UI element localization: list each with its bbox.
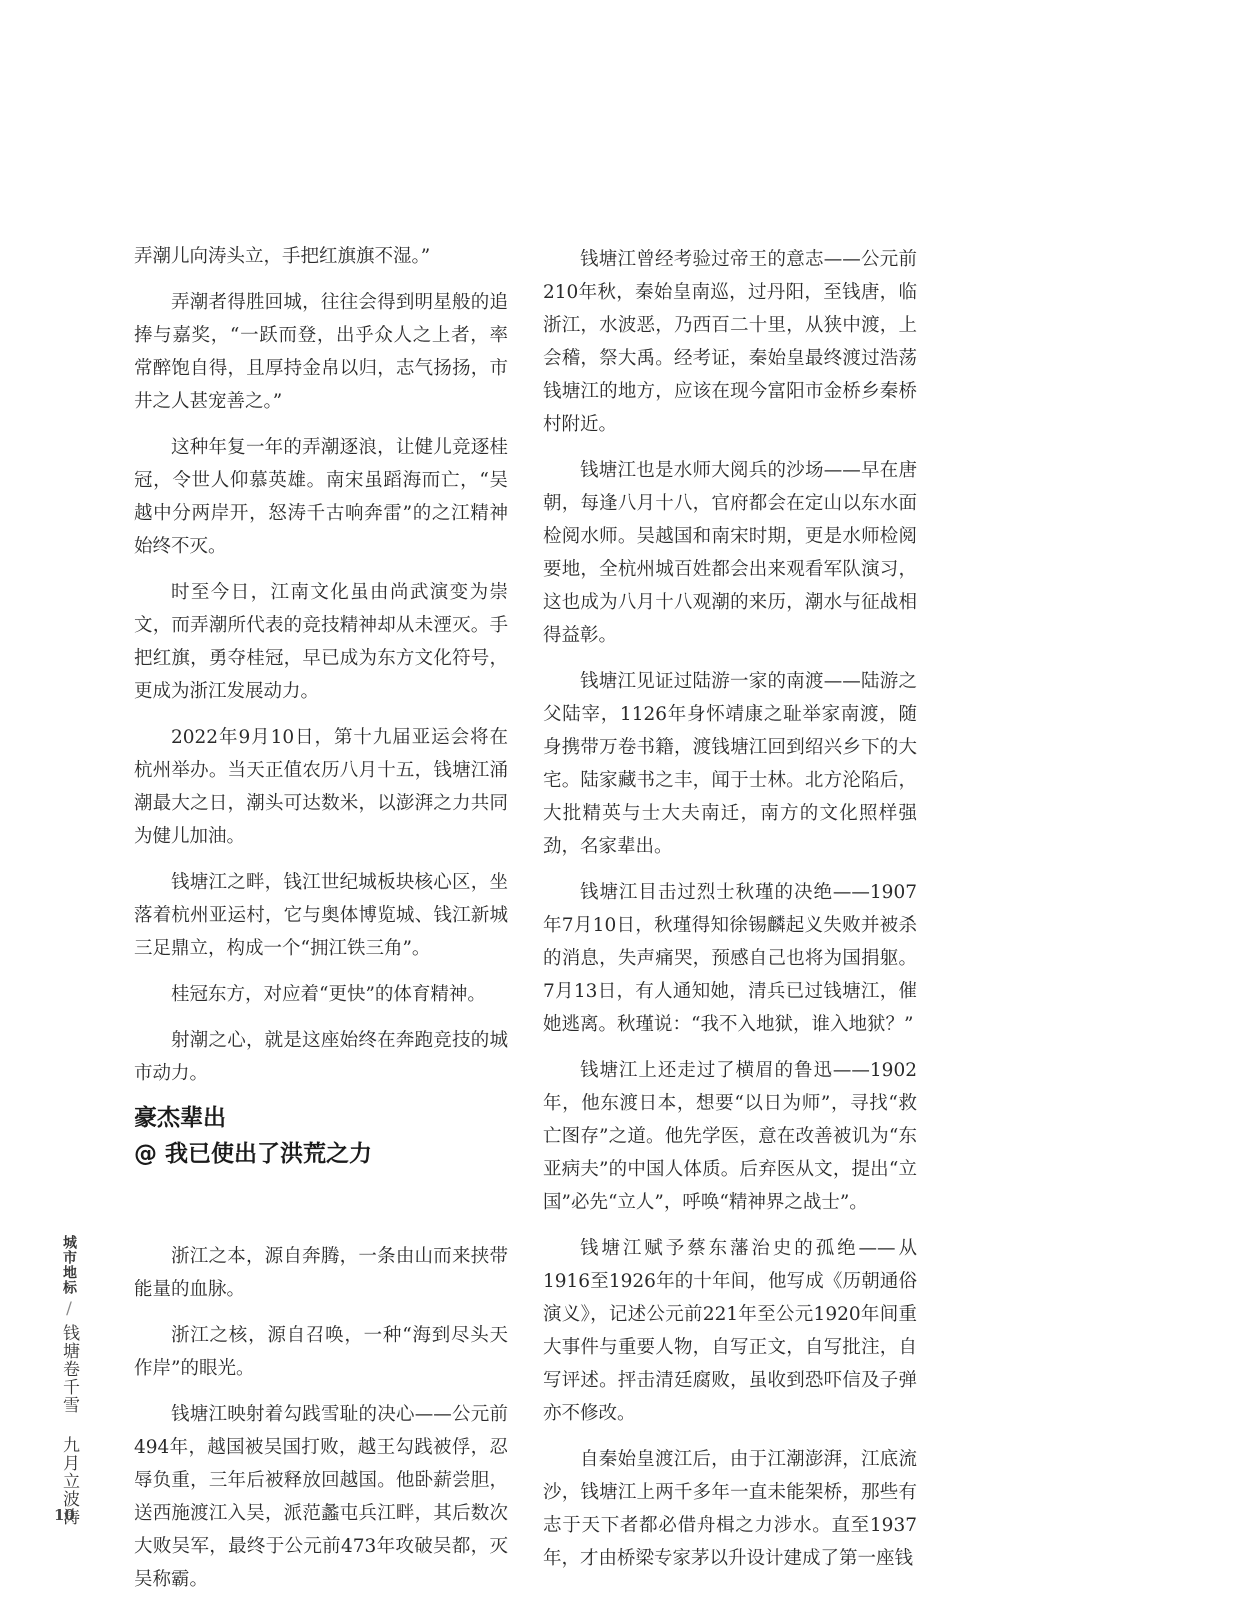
section-heading-title: 豪杰辈出 (134, 1100, 514, 1136)
section-heading-subtitle: @ 我已使出了洪荒之力 (134, 1136, 514, 1172)
paragraph: 浙江之本，源自奔腾，一条由山而来挟带能量的血脉。 (134, 1240, 508, 1306)
paragraph: 钱塘江之畔，钱江世纪城板块核心区，坐落着杭州亚运村，它与奥体博览城、钱江新城三足… (134, 866, 508, 965)
paragraph: 钱塘江映射着勾践雪耻的决心——公元前494年，越国被吴国打败，越王勾践被俘，忍辱… (134, 1398, 508, 1596)
page-number: 10 (54, 1506, 75, 1524)
separator: / (59, 1299, 79, 1320)
right-column: 钱塘江曾经考验过帝王的意志——公元前210年秋，秦始皇南巡，过丹阳，至钱唐，临浙… (543, 243, 917, 1588)
paragraph: 钱塘江赋予蔡东藩治史的孤绝——从1916至1926年的十年间，他写成《历朝通俗演… (543, 1232, 917, 1430)
paragraph: 射潮之心，就是这座始终在奔跑竞技的城市动力。 (134, 1024, 508, 1090)
paragraph: 钱塘江目击过烈士秋瑾的决绝——1907年7月10日，秋瑾得知徐锡麟起义失败并被杀… (543, 876, 917, 1041)
paragraph: 浙江之核，源自召唤，一种“海到尽头天作岸”的眼光。 (134, 1319, 508, 1385)
paragraph: 钱塘江也是水师大阅兵的沙场——早在唐朝，每逢八月十八，官府都会在定山以东水面检阅… (543, 454, 917, 652)
paragraph: 这种年复一年的弄潮逐浪，让健儿竞逐桂冠，令世人仰慕英雄。南宋虽蹈海而亡，“吴越中… (134, 431, 508, 563)
section-category: 城市地标 (61, 1235, 77, 1295)
paragraph: 时至今日，江南文化虽由尚武演变为崇文，而弄潮所代表的竞技精神却从未湮灭。手把红旗… (134, 576, 508, 708)
paragraph: 自秦始皇渡江后，由于江潮澎湃，江底流沙，钱塘江上两千多年一直未能架桥，那些有志于… (543, 1443, 917, 1575)
section-heading: 豪杰辈出 @ 我已使出了洪荒之力 (134, 1100, 514, 1172)
left-column: 弄潮儿向涛头立，手把红旗旗不湿。” 弄潮者得胜回城，往往会得到明星般的追捧与嘉奖… (134, 240, 508, 1103)
left-lower-column: 浙江之本，源自奔腾，一条由山而来挟带能量的血脉。 浙江之核，源自召唤，一种“海到… (134, 1240, 508, 1609)
paragraph: 弄潮儿向涛头立，手把红旗旗不湿。” (134, 240, 508, 273)
paragraph: 钱塘江上还走过了横眉的鲁迅——1902年，他东渡日本，想要“以日为师”，寻找“救… (543, 1054, 917, 1219)
paragraph: 钱塘江曾经考验过帝王的意志——公元前210年秋，秦始皇南巡，过丹阳，至钱唐，临浙… (543, 243, 917, 441)
paragraph: 桂冠东方，对应着“更快”的体育精神。 (134, 978, 508, 1011)
running-header-vertical: 城市地标/钱塘卷千雪九月立波涛 (52, 1235, 82, 1526)
paragraph: 2022年9月10日，第十九届亚运会将在杭州举办。当天正值农历八月十五，钱塘江涌… (134, 721, 508, 853)
paragraph: 钱塘江见证过陆游一家的南渡——陆游之父陆宰，1126年身怀靖康之耻举家南渡，随身… (543, 665, 917, 863)
paragraph: 弄潮者得胜回城，往往会得到明星般的追捧与嘉奖，“一跃而登，出乎众人之上者，率常醉… (134, 286, 508, 418)
feature-title: 钱塘卷千雪 (59, 1324, 79, 1414)
